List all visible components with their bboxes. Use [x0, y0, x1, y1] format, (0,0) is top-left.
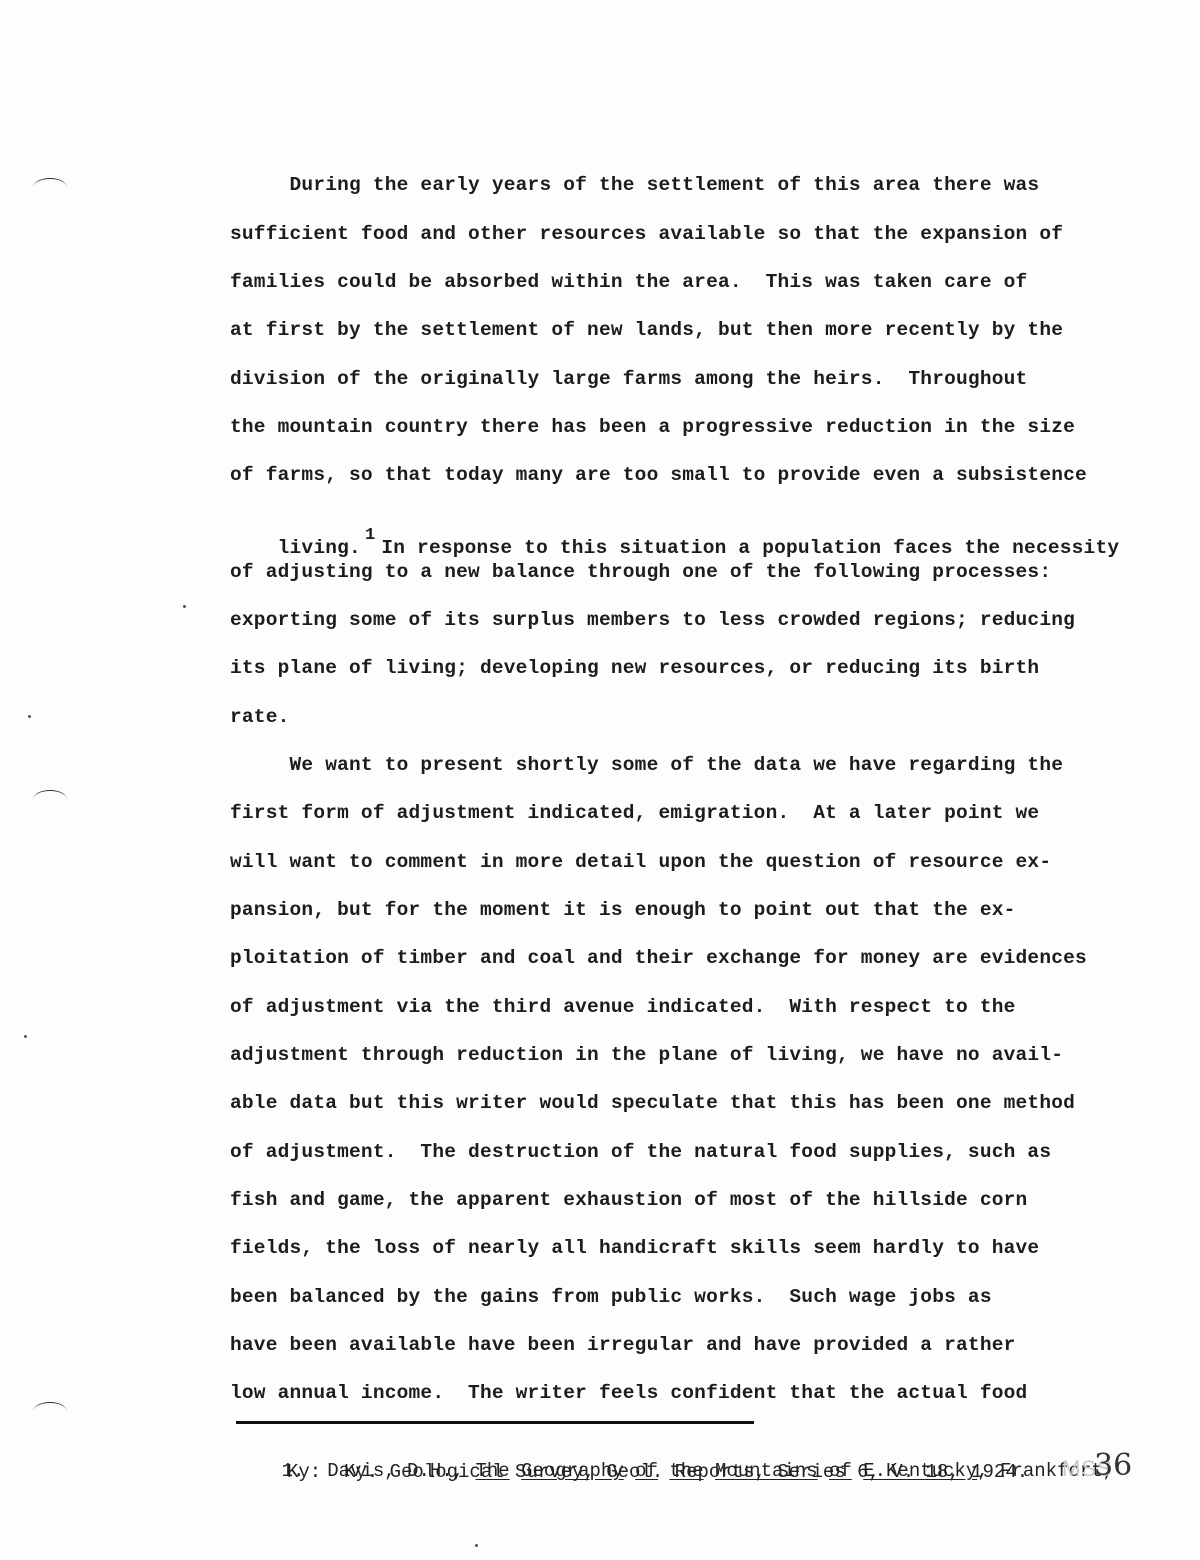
text-line: adjustment through reduction in the plan… — [230, 1043, 1063, 1067]
speck — [24, 1035, 27, 1038]
text-line: the mountain country there has been a pr… — [230, 415, 1075, 439]
text-line: first form of adjustment indicated, emig… — [230, 801, 1039, 825]
line-rest: In response to this situation a populati… — [381, 537, 1119, 559]
text-line: rate. — [230, 705, 290, 729]
text-line: pansion, but for the moment it is enough… — [230, 898, 1016, 922]
speck — [475, 1544, 478, 1547]
text-line: fields, the loss of nearly all handicraf… — [230, 1236, 1039, 1260]
text-line: its plane of living; developing new reso… — [230, 656, 1039, 680]
margin-mark — [33, 178, 67, 197]
text-line: low annual income. The writer feels conf… — [230, 1381, 1027, 1405]
text-line: sufficient food and other resources avai… — [230, 222, 1063, 246]
text-line: division of the originally large farms a… — [230, 367, 1027, 391]
text-line: During the early years of the settlement… — [230, 173, 1039, 197]
footnote-line-2: Ky: Ky. Geological Survey, Geol. Reports… — [287, 1461, 1028, 1483]
text-line: able data but this writer would speculat… — [230, 1091, 1075, 1115]
footnote-rule — [236, 1421, 754, 1424]
text-line: at first by the settlement of new lands,… — [230, 318, 1063, 342]
text-line: exporting some of its surplus members to… — [230, 608, 1075, 632]
text-line: of farms, so that today many are too sma… — [230, 463, 1087, 487]
text-line: ploitation of timber and coal and their … — [230, 946, 1087, 970]
margin-mark — [33, 790, 67, 809]
line-start: living. — [278, 537, 361, 559]
text-line: families could be absorbed within the ar… — [230, 270, 1027, 294]
text-line: of adjustment via the third avenue indic… — [230, 995, 1016, 1019]
text-line: We want to present shortly some of the d… — [230, 753, 1063, 777]
text-line: of adjusting to a new balance through on… — [230, 560, 1051, 584]
text-line: of adjustment. The destruction of the na… — [230, 1140, 1051, 1164]
margin-mark — [33, 1402, 67, 1421]
page-number: 36 — [1094, 1448, 1132, 1483]
speck — [183, 605, 186, 608]
text-line: fish and game, the apparent exhaustion o… — [230, 1188, 1027, 1212]
footnote-reference: 1 — [365, 526, 375, 545]
text-line: been balanced by the gains from public w… — [230, 1285, 992, 1309]
text-line: have been available have been irregular … — [230, 1333, 1016, 1357]
typescript-page: During the early years of the settlement… — [0, 0, 1200, 1560]
speck — [28, 715, 31, 718]
text-line: will want to comment in more detail upon… — [230, 850, 1051, 874]
